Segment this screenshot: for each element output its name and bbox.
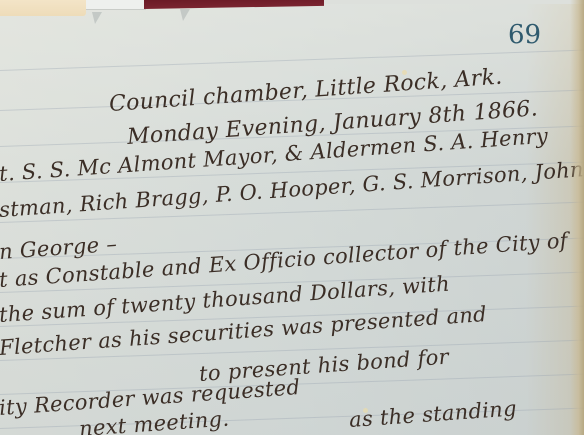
text-line: n George – [0,232,118,264]
page-gutter-edge [570,0,584,435]
ledger-page: 69 Council chamber, Little Rock, Ark. Mo… [0,0,584,435]
paper-tear [92,12,102,24]
adjacent-page-edge [0,0,86,16]
bookmark-ribbon [144,0,324,9]
text-line: as the standing [348,396,517,432]
page-number: 69 [508,20,541,50]
paper-tear [180,9,190,21]
page-top-band [324,0,584,4]
adjacent-page-white [86,0,146,10]
